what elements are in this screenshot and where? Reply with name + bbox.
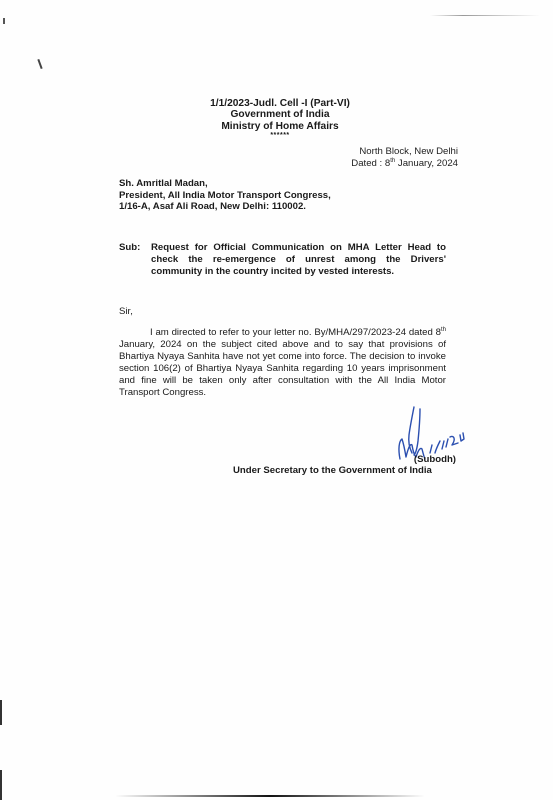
addressee-designation: President, All India Motor Transport Con…: [119, 190, 331, 202]
pen-mark: [37, 59, 42, 69]
ministry-name: Ministry of Home Affairs: [150, 121, 410, 132]
subject-text: Request for Official Communication on MH…: [151, 242, 446, 278]
scan-edge: [0, 700, 2, 725]
subject-label: Sub:: [119, 242, 140, 253]
salutation: Sir,: [119, 306, 133, 317]
scanned-letter-page: 1/1/2023-Judl. Cell -I (Part-VI) Governm…: [0, 0, 553, 800]
scan-edge: [0, 770, 2, 800]
place: North Block, New Delhi: [351, 146, 458, 158]
government-name: Government of India: [150, 109, 410, 120]
addressee-block: Sh. Amritlal Madan, President, All India…: [119, 178, 331, 213]
letter-body: I am directed to refer to your letter no…: [119, 327, 446, 399]
scan-artifact-bottom-line: [115, 795, 425, 797]
scan-artifact-line: [430, 15, 540, 16]
place-and-date: North Block, New Delhi Dated : 8th Janua…: [351, 146, 458, 169]
letter-header: 1/1/2023-Judl. Cell -I (Part-VI) Governm…: [150, 98, 410, 140]
signatory-designation: Under Secretary to the Government of Ind…: [233, 465, 432, 476]
addressee-name: Sh. Amritlal Madan,: [119, 178, 331, 190]
file-number: 1/1/2023-Judl. Cell -I (Part-VI): [150, 98, 410, 109]
signatory-name: (Subodh): [414, 454, 456, 465]
header-separator: ******: [150, 132, 410, 140]
date: Dated : 8th January, 2024: [351, 158, 458, 170]
scan-mark: [3, 18, 5, 24]
addressee-address: 1/16-A, Asaf Ali Road, New Delhi: 110002…: [119, 201, 331, 213]
